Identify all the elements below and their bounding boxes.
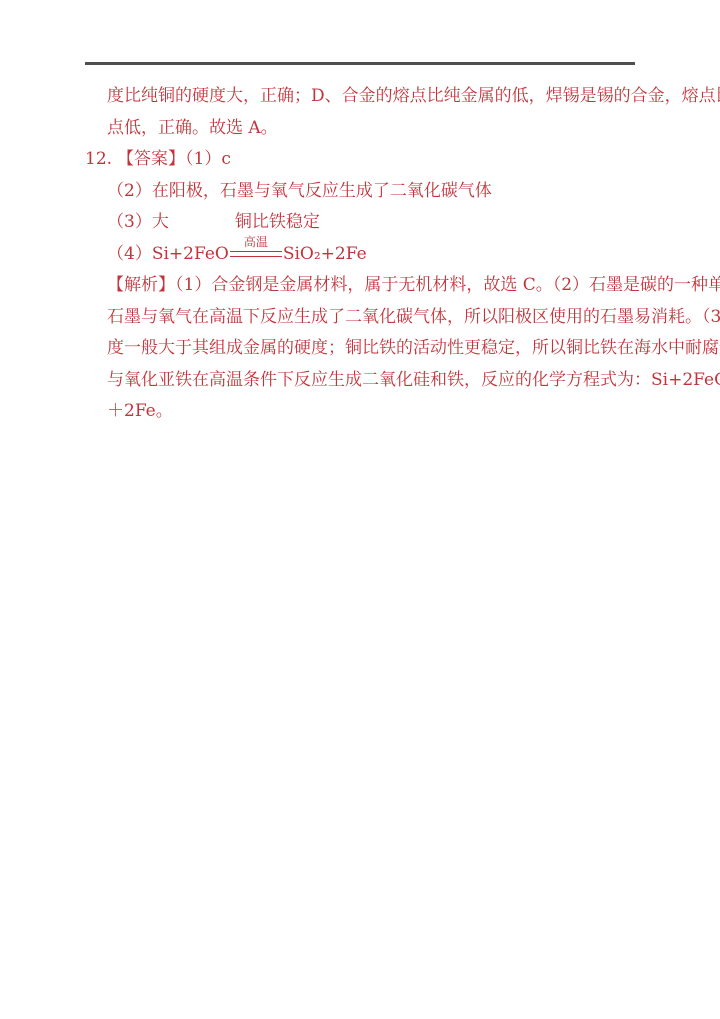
reaction-condition-double-line: 高温	[230, 251, 282, 257]
answer-4-label: （4）	[107, 244, 152, 264]
document-body: 度比纯铜的硬度大，正确；D、合金的熔点比纯金属的低，焊锡是锡的合金，熔点比纯锡的…	[107, 81, 637, 428]
header-separator-rule	[85, 62, 635, 65]
equation-products: SiO₂+2Fe	[283, 244, 367, 264]
analysis-label: 【解析】	[107, 275, 175, 295]
reaction-condition-text: 高温	[244, 236, 268, 249]
paragraph-line: 点低，正确。故选 A。	[107, 113, 637, 145]
answer-part-4-equation-line: （4）Si+2FeO高温SiO₂+2Fe	[107, 239, 637, 271]
answer-3-blank-1: （3）大	[107, 212, 169, 232]
answer-part-2: （2）在阳极，石墨与氧气反应生成了二氧化碳气体	[107, 176, 637, 208]
answer-part-3: （3）大铜比铁稳定	[107, 207, 637, 239]
equation-reactants: Si+2FeO	[651, 370, 720, 390]
analysis-line-2: 石墨与氧气在高温下反应生成了二氧化碳气体，所以阳极区使用的石墨易消耗。（3）合金…	[107, 302, 637, 334]
analysis-line-1: 【解析】（1）合金钢是金属材料，属于无机材料，故选 C。（2）石墨是碳的一种单质…	[107, 270, 637, 302]
paragraph-line: 度比纯铜的硬度大，正确；D、合金的熔点比纯金属的低，焊锡是锡的合金，熔点比纯锡的…	[107, 81, 637, 113]
chemical-equation: Si+2FeO高温SiO₂+2Fe	[152, 244, 367, 264]
item-number: 12.	[85, 149, 112, 169]
analysis-equation-prefix: 与氧化亚铁在高温条件下反应生成二氧化硅和铁，反应的化学方程式为：	[107, 370, 651, 390]
analysis-line-5: ＋2Fe。	[107, 396, 637, 428]
analysis-line-3: 度一般大于其组成金属的硬度；铜比铁的活动性更稳定，所以铜比铁在海水中耐腐蚀。（4…	[107, 333, 637, 365]
answer-part-1: （1）c	[185, 149, 231, 169]
answer-3-blank-2: 铜比铁稳定	[235, 212, 320, 232]
chemical-equation: Si+2FeO高温SiO₂	[651, 370, 720, 390]
document-page: 度比纯铜的硬度大，正确；D、合金的熔点比纯金属的低，焊锡是锡的合金，熔点比纯锡的…	[0, 0, 720, 1019]
equation-reactants: Si+2FeO	[152, 244, 229, 264]
answer-heading: 12.【答案】（1）c	[85, 144, 637, 176]
analysis-line-4-equation-line: 与氧化亚铁在高温条件下反应生成二氧化硅和铁，反应的化学方程式为：Si+2FeO高…	[107, 365, 637, 397]
answer-label: 【答案】	[117, 149, 185, 169]
analysis-text: （1）合金钢是金属材料，属于无机材料，故选 C。（2）石墨是碳的一种单质，在阳极…	[175, 275, 720, 295]
